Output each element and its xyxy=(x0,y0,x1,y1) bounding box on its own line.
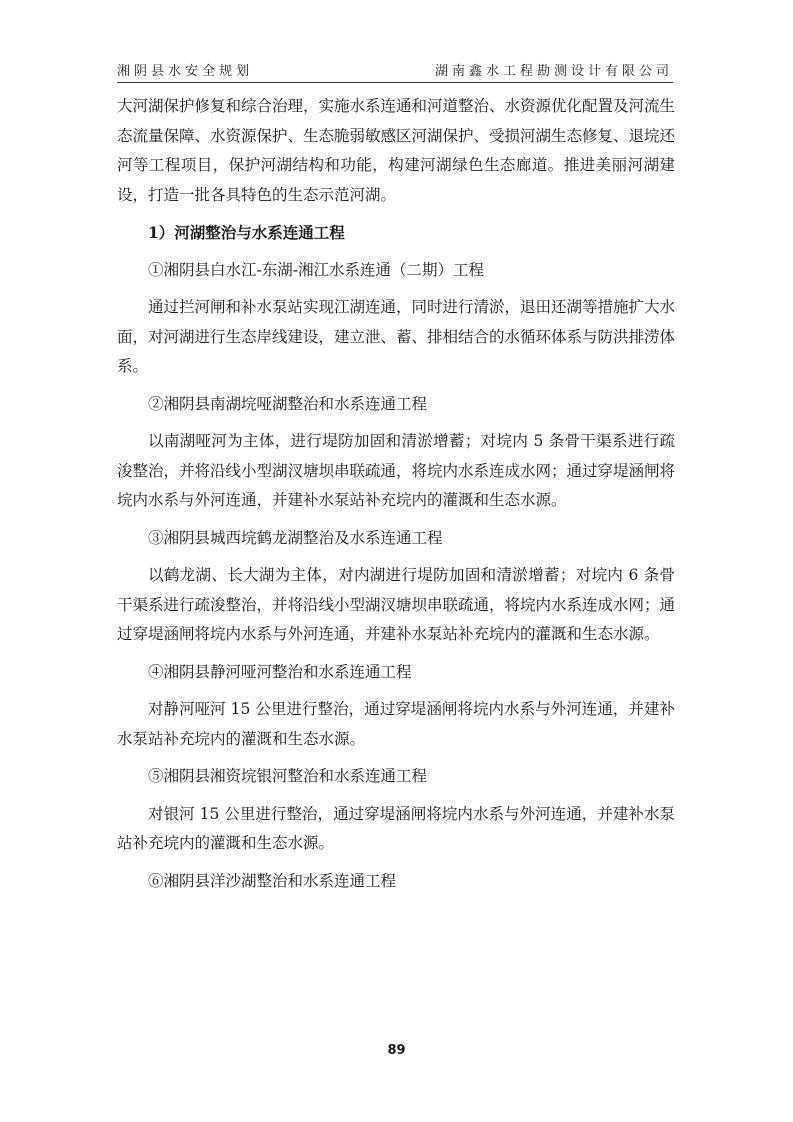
item-text: 对静河哑河 15 公里进行整治，通过穿堤涵闸将垸内水系与外河连通，并建补水泵站补… xyxy=(117,695,675,754)
item-text: 以鹤龙湖、长大湖为主体，对内湖进行堤防加固和清淤增蓄；对垸内 6 条骨干渠系进行… xyxy=(117,561,675,650)
document-title: 湘阴县水安全规划 xyxy=(117,60,253,79)
item-title: ④湘阴县静河哑河整治和水系连通工程 xyxy=(117,658,675,688)
section-heading: 1）河湖整治与水系连通工程 xyxy=(117,218,675,248)
company-name: 湖南鑫水工程勘测设计有限公司 xyxy=(435,60,673,79)
item-title: ①湘阴县白水江-东湖-湘江水系连通（二期）工程 xyxy=(117,256,675,286)
page-header: 湘阴县水安全规划 湖南鑫水工程勘测设计有限公司 xyxy=(117,57,673,83)
item-title: ②湘阴县南湖垸哑湖整治和水系连通工程 xyxy=(117,390,675,420)
page-number: 89 xyxy=(0,1043,793,1058)
item-title: ⑤湘阴县湘资垸银河整治和水系连通工程 xyxy=(117,762,675,792)
item-text: 以南湖哑河为主体，进行堤防加固和清淤增蓄；对垸内 5 条骨干渠系进行疏浚整治，并… xyxy=(117,427,675,516)
item-title: ③湘阴县城西垸鹤龙湖整治及水系连通工程 xyxy=(117,524,675,554)
item-title: ⑥湘阴县洋沙湖整治和水系连通工程 xyxy=(117,867,675,897)
intro-paragraph: 大河湖保护修复和综合治理，实施水系连通和河道整治、水资源优化配置及河流生态流量保… xyxy=(117,92,675,210)
item-text: 对银河 15 公里进行整治，通过穿堤涵闸将垸内水系与外河连通，并建补水泵站补充垸… xyxy=(117,800,675,859)
page-body: 大河湖保护修复和综合治理，实施水系连通和河道整治、水资源优化配置及河流生态流量保… xyxy=(117,92,675,904)
item-text: 通过拦河闸和补水泵站实现江湖连通，同时进行清淤，退田还湖等措施扩大水面，对河湖进… xyxy=(117,293,675,382)
